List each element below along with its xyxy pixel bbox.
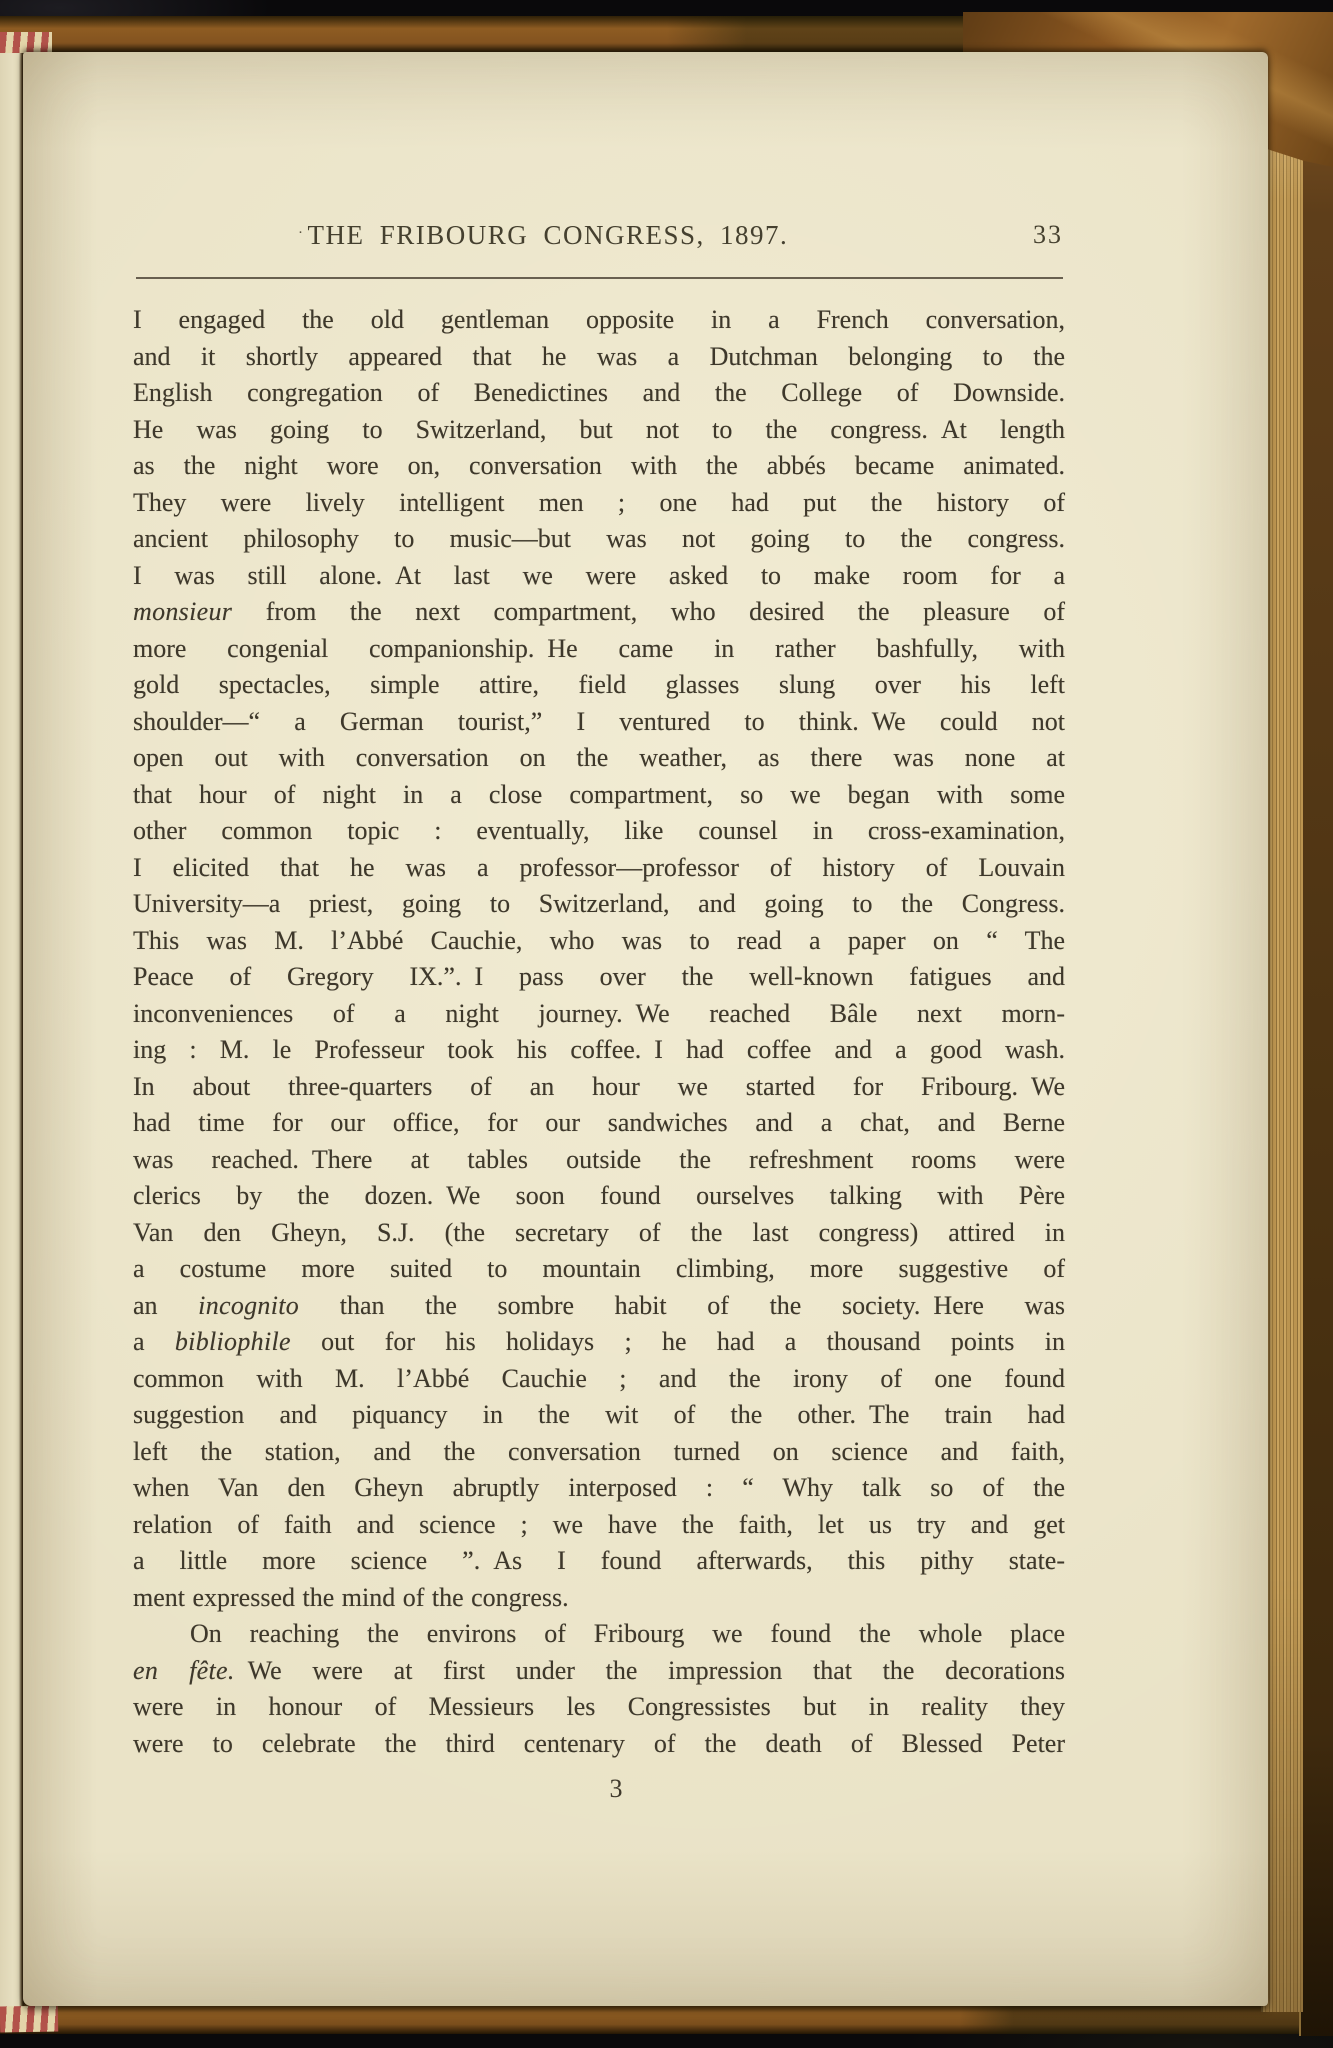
text-line: This was M. l’Abbé Cauchie, who was to r… [133,923,1065,960]
running-header: ·THE FRIBOURG CONGRESS, 1897. 33 [133,220,1065,254]
book-page: ·THE FRIBOURG CONGRESS, 1897. 33 I engag… [23,52,1268,2006]
text-line: Van den Gheyn, S.J. (the secretary of th… [133,1215,1065,1252]
book-photo: ·THE FRIBOURG CONGRESS, 1897. 33 I engag… [0,0,1333,2048]
text-line: On reaching the environs of Fribourg we … [133,1616,1065,1653]
text-line: I engaged the old gentleman opposite in … [133,302,1065,339]
text-line: ing : M. le Professeur took his coffee. … [133,1032,1065,1069]
text-line: Peace of Gregory IX.”. I pass over the w… [133,959,1065,996]
text-line: when Van den Gheyn abruptly interposed :… [133,1470,1065,1507]
header-rule [136,277,1063,279]
text-line: They were lively intelligent men ; one h… [133,485,1065,522]
text-line: gold spectacles, simple attire, field gl… [133,667,1065,704]
book-cover-right [1299,12,1333,2036]
book-cover-bottom-edge [0,2002,1333,2034]
text-line: open out with conversation on the weathe… [133,740,1065,777]
text-line: that hour of night in a close compartmen… [133,777,1065,814]
text-line: relation of faith and science ; we have … [133,1507,1065,1544]
text-line: an incognito than the sombre habit of th… [133,1288,1065,1325]
text-line: shoulder—“ a German tourist,” I ventured… [133,704,1065,741]
text-line: suggestion and piquancy in the wit of th… [133,1397,1065,1434]
text-line: He was going to Switzerland, but not to … [133,412,1065,449]
text-line: common with M. l’Abbé Cauchie ; and the … [133,1361,1065,1398]
header-title-text: THE FRIBOURG CONGRESS, 1897. [308,220,789,250]
text-line: clerics by the dozen. We soon found ours… [133,1178,1065,1215]
text-line: In about three-quarters of an hour we st… [133,1069,1065,1106]
text-line: as the night wore on, conversation with … [133,448,1065,485]
text-line: was reached. There at tables outside the… [133,1142,1065,1179]
body-text: I engaged the old gentleman opposite in … [133,302,1065,1762]
text-line: were in honour of Messieurs les Congress… [133,1689,1065,1726]
text-line: a costume more suited to mountain climbi… [133,1251,1065,1288]
signature-number: 3 [610,1774,623,1804]
endband-bottom [0,2005,58,2032]
text-line: ment expressed the mind of the congress. [133,1580,1065,1617]
text-line: en fête. We were at first under the impr… [133,1653,1065,1690]
text-line: a little more science ”. As I found afte… [133,1543,1065,1580]
text-line: left the station, and the conversation t… [133,1434,1065,1471]
endband-top [0,32,52,53]
text-line: inconveniences of a night journey. We re… [133,996,1065,1033]
page-title: ·THE FRIBOURG CONGRESS, 1897. [298,220,788,251]
text-line: and it shortly appeared that he was a Du… [133,339,1065,376]
text-line: monsieur from the next compartment, who … [133,594,1065,631]
text-line: were to celebrate the third centenary of… [133,1726,1065,1763]
text-line: I elicited that he was a professor—profe… [133,850,1065,887]
page-number: 33 [1033,220,1063,250]
text-line: I was still alone. At last we were asked… [133,558,1065,595]
print-artifact-dot: · [298,225,305,241]
text-line: a bibliophile out for his holidays ; he … [133,1324,1065,1361]
text-line: English congregation of Benedictines and… [133,375,1065,412]
text-line: University—a priest, going to Switzerlan… [133,886,1065,923]
text-line: more congenial companionship. He came in… [133,631,1065,668]
text-line: had time for our office, for our sandwic… [133,1105,1065,1142]
text-line: ancient philosophy to music—but was not … [133,521,1065,558]
signature-mark: 3 [133,1774,1065,1804]
text-line: other common topic : eventually, like co… [133,813,1065,850]
